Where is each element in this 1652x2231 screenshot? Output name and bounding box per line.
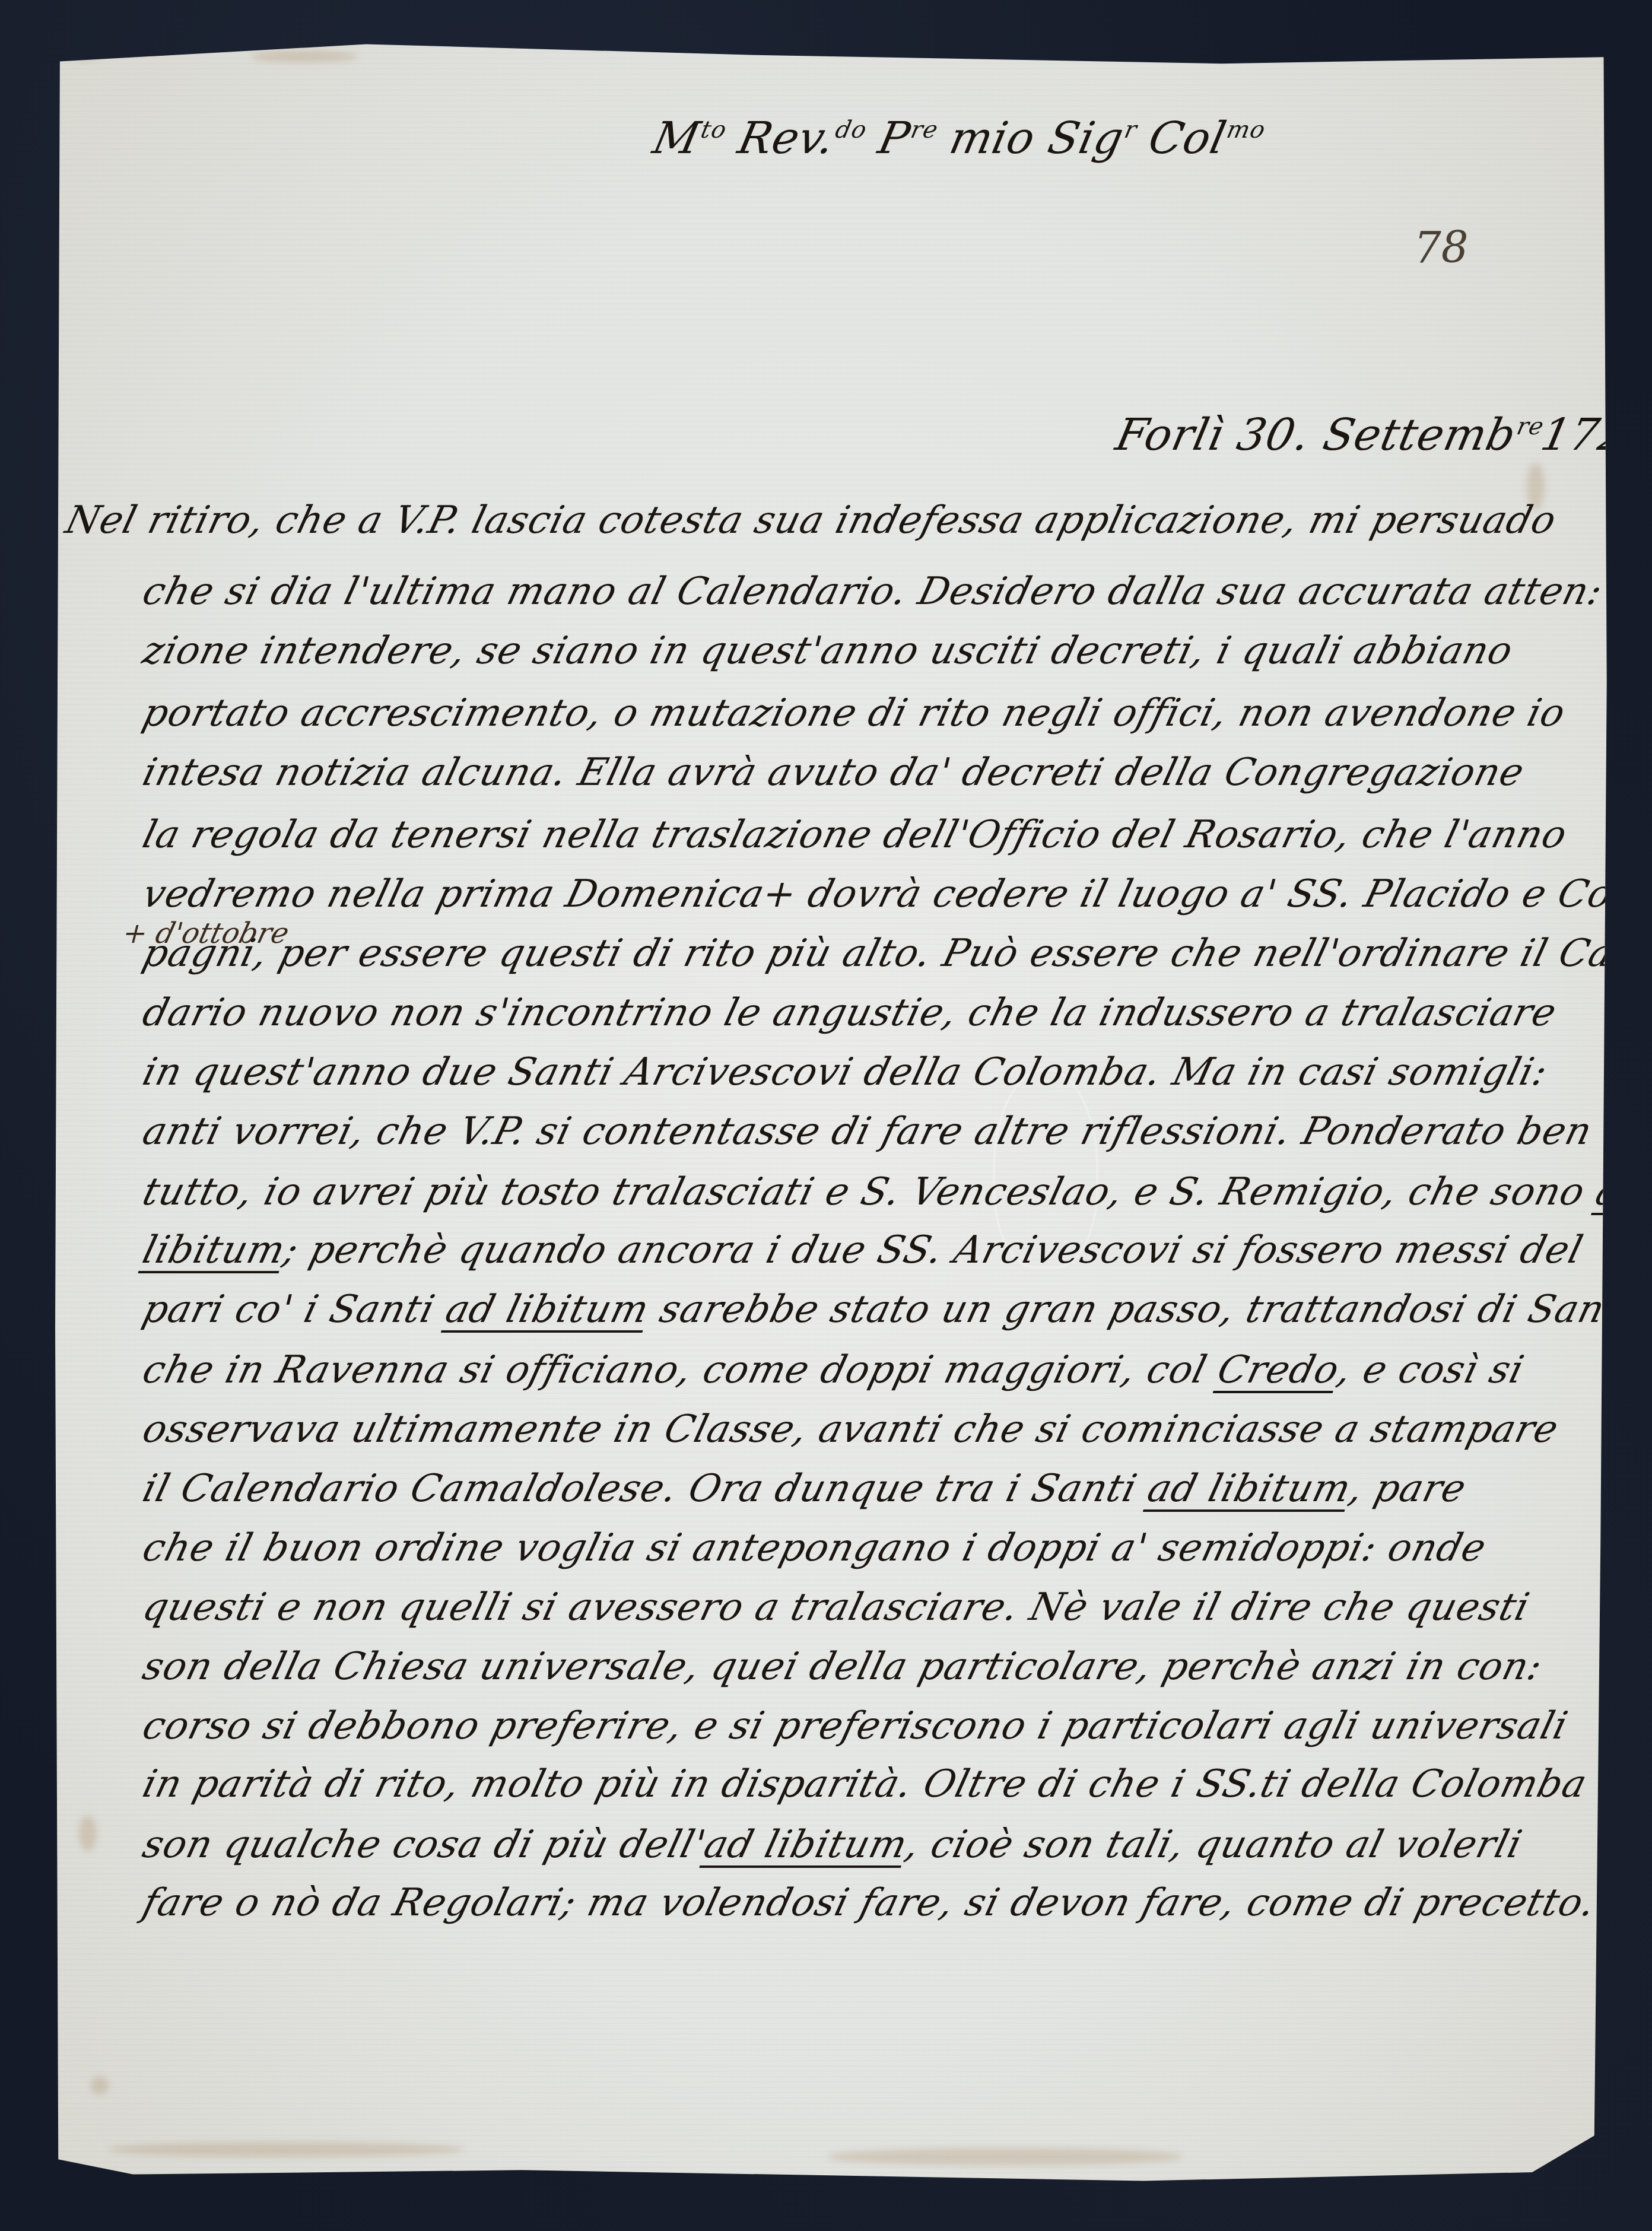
dateline: Forlì 30. Settembre1726.	[1111, 409, 1652, 460]
letter-line: dario nuovo non s'incontrino le angustie…	[138, 991, 1561, 1035]
letter-line: in parità di rito, molto più in disparit…	[138, 1762, 1591, 1806]
letter-line: osservava ultimamente in Classe, avanti …	[138, 1407, 1563, 1451]
underlined-phrase: ad libitum	[700, 1823, 912, 1867]
date-day: 30.	[1232, 409, 1315, 460]
letter-line: libitum; perchè quando ancora i due SS. …	[138, 1228, 1587, 1272]
letter-line: pari co' i Santi ad libitum sarebbe stat…	[138, 1288, 1651, 1331]
underlined-phrase: ad libitum	[441, 1288, 653, 1331]
letter-line: questi e non quelli si avessero a tralas…	[138, 1585, 1534, 1629]
letter-line: che il buon ordine voglia si antepongano…	[138, 1526, 1491, 1570]
foxing-stain	[91, 2077, 109, 2095]
date-place: Forlì	[1111, 409, 1229, 460]
underlined-phrase: libitum	[138, 1228, 290, 1272]
letter-line: in quest'anno due Santi Arcivescovi dell…	[138, 1050, 1552, 1094]
foxing-stain	[79, 1816, 97, 1851]
letter-line: Nel ritiro, che a V.P. lascia cotesta su…	[61, 498, 1561, 542]
letter-line: intesa notizia alcuna. Ella avrà avuto d…	[138, 751, 1529, 794]
letter-line: che in Ravenna si officiano, come doppi …	[138, 1348, 1529, 1392]
folio-number: 78	[1414, 223, 1469, 272]
letter-line: portato accrescimento, o mutazione di ri…	[138, 691, 1570, 735]
letter-line: il Calendario Camaldolese. Ora dunque tr…	[138, 1467, 1471, 1511]
date-month: Settemb	[1319, 409, 1521, 460]
letter-line: son della Chiesa universale, quei della …	[138, 1645, 1547, 1689]
letter-line: corso si debbono preferire, e si preferi…	[138, 1704, 1572, 1748]
letter-line: che si dia l'ultima mano al Calendario. …	[138, 570, 1607, 614]
letter-line: pagni, per essere questi di rito più alt…	[138, 932, 1652, 975]
letter-line: fare o nò da Regolari; ma volendosi fare…	[138, 1881, 1600, 1925]
underlined-phrase: Credo	[1213, 1348, 1343, 1392]
salutation: Mto Rev.do Pre mio Sigr Colmo	[649, 113, 1269, 164]
letter-line: tutto, io avrei più tosto tralasciati e …	[138, 1170, 1650, 1214]
manuscript-page: 78 Mto Rev.do Pre mio Sigr Colmo Forlì 3…	[55, 36, 1610, 2189]
foxing-stain	[251, 50, 358, 62]
letter-line: la regola da tenersi nella traslazione d…	[138, 813, 1571, 857]
foxing-stain	[827, 2148, 1183, 2166]
foxing-stain	[109, 2142, 465, 2157]
letter-line: anti vorrei, che V.P. si contentasse di …	[138, 1110, 1597, 1153]
letter-line: son qualche cosa di più dell'ad libitum,…	[138, 1823, 1527, 1867]
underlined-phrase: ad libitum	[1143, 1467, 1355, 1511]
letter-line: zione intendere, se siano in quest'anno …	[138, 629, 1517, 673]
letter-line: vedremo nella prima Domenica+ dovrà cede…	[138, 872, 1652, 916]
